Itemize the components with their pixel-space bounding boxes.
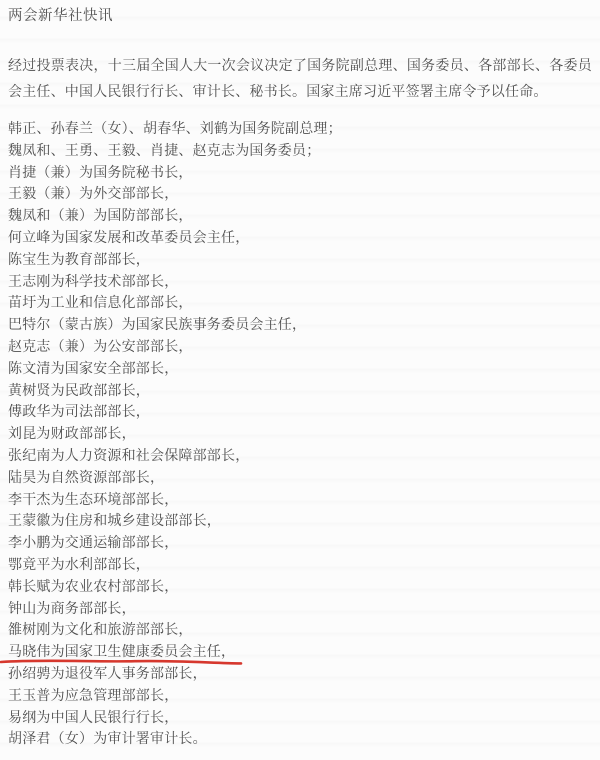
appointment-line-highlighted: 马晓伟为国家卫生健康委员会主任，	[8, 641, 592, 663]
appointment-line: 王毅（兼）为外交部部长，	[8, 183, 592, 205]
news-bulletin: 两会新华社快讯 经过投票表决，十三届全国人大一次会议决定了国务院副总理、国务委员…	[0, 0, 600, 750]
appointment-line: 肖捷（兼）为国务院秘书长，	[8, 162, 592, 184]
appointment-line: 陈文清为国家安全部部长，	[8, 358, 592, 380]
appointment-line: 韩正、孙春兰（女）、胡春华、刘鹤为国务院副总理；	[8, 118, 592, 140]
appointment-line: 李小鹏为交通运输部部长，	[8, 532, 592, 554]
appointments-list: 韩正、孙春兰（女）、胡春华、刘鹤为国务院副总理； 魏凤和、王勇、王毅、肖捷、赵克…	[8, 118, 592, 750]
appointment-line: 傅政华为司法部部长，	[8, 401, 592, 423]
appointment-line: 苗圩为工业和信息化部部长，	[8, 292, 592, 314]
appointment-line: 孙绍骋为退役军人事务部部长，	[8, 663, 592, 685]
appointment-line: 鄂竟平为水利部部长，	[8, 554, 592, 576]
appointment-line: 李干杰为生态环境部部长，	[8, 489, 592, 511]
appointment-line: 陈宝生为教育部部长，	[8, 249, 592, 271]
appointment-line: 何立峰为国家发展和改革委员会主任，	[8, 227, 592, 249]
appointment-line: 胡泽君（女）为审计署审计长。	[8, 728, 592, 750]
bulletin-title: 两会新华社快讯	[8, 6, 592, 26]
highlighted-appointment-text: 马晓伟为国家卫生健康委员会主任，	[8, 643, 235, 659]
appointment-line: 易纲为中国人民银行行长，	[8, 707, 592, 729]
appointment-line: 陆昊为自然资源部部长，	[8, 467, 592, 489]
appointment-line: 王蒙徽为住房和城乡建设部部长，	[8, 510, 592, 532]
appointment-line: 王玉普为应急管理部部长，	[8, 685, 592, 707]
appointment-line: 魏凤和（兼）为国防部部长，	[8, 205, 592, 227]
intro-paragraph: 经过投票表决，十三届全国人大一次会议决定了国务院副总理、国务委员、各部部长、各委…	[8, 53, 592, 104]
appointment-line: 张纪南为人力资源和社会保障部部长，	[8, 445, 592, 467]
appointment-line: 巴特尔（蒙古族）为国家民族事务委员会主任，	[8, 314, 592, 336]
appointment-line: 黄树贤为民政部部长，	[8, 380, 592, 402]
appointment-line: 刘昆为财政部部长，	[8, 423, 592, 445]
appointment-line: 雒树刚为文化和旅游部部长，	[8, 619, 592, 641]
appointment-line: 钟山为商务部部长，	[8, 598, 592, 620]
appointment-line: 赵克志（兼）为公安部部长，	[8, 336, 592, 358]
appointment-line: 王志刚为科学技术部部长，	[8, 271, 592, 293]
appointment-line: 韩长赋为农业农村部部长，	[8, 576, 592, 598]
appointment-line: 魏凤和、王勇、王毅、肖捷、赵克志为国务委员；	[8, 140, 592, 162]
